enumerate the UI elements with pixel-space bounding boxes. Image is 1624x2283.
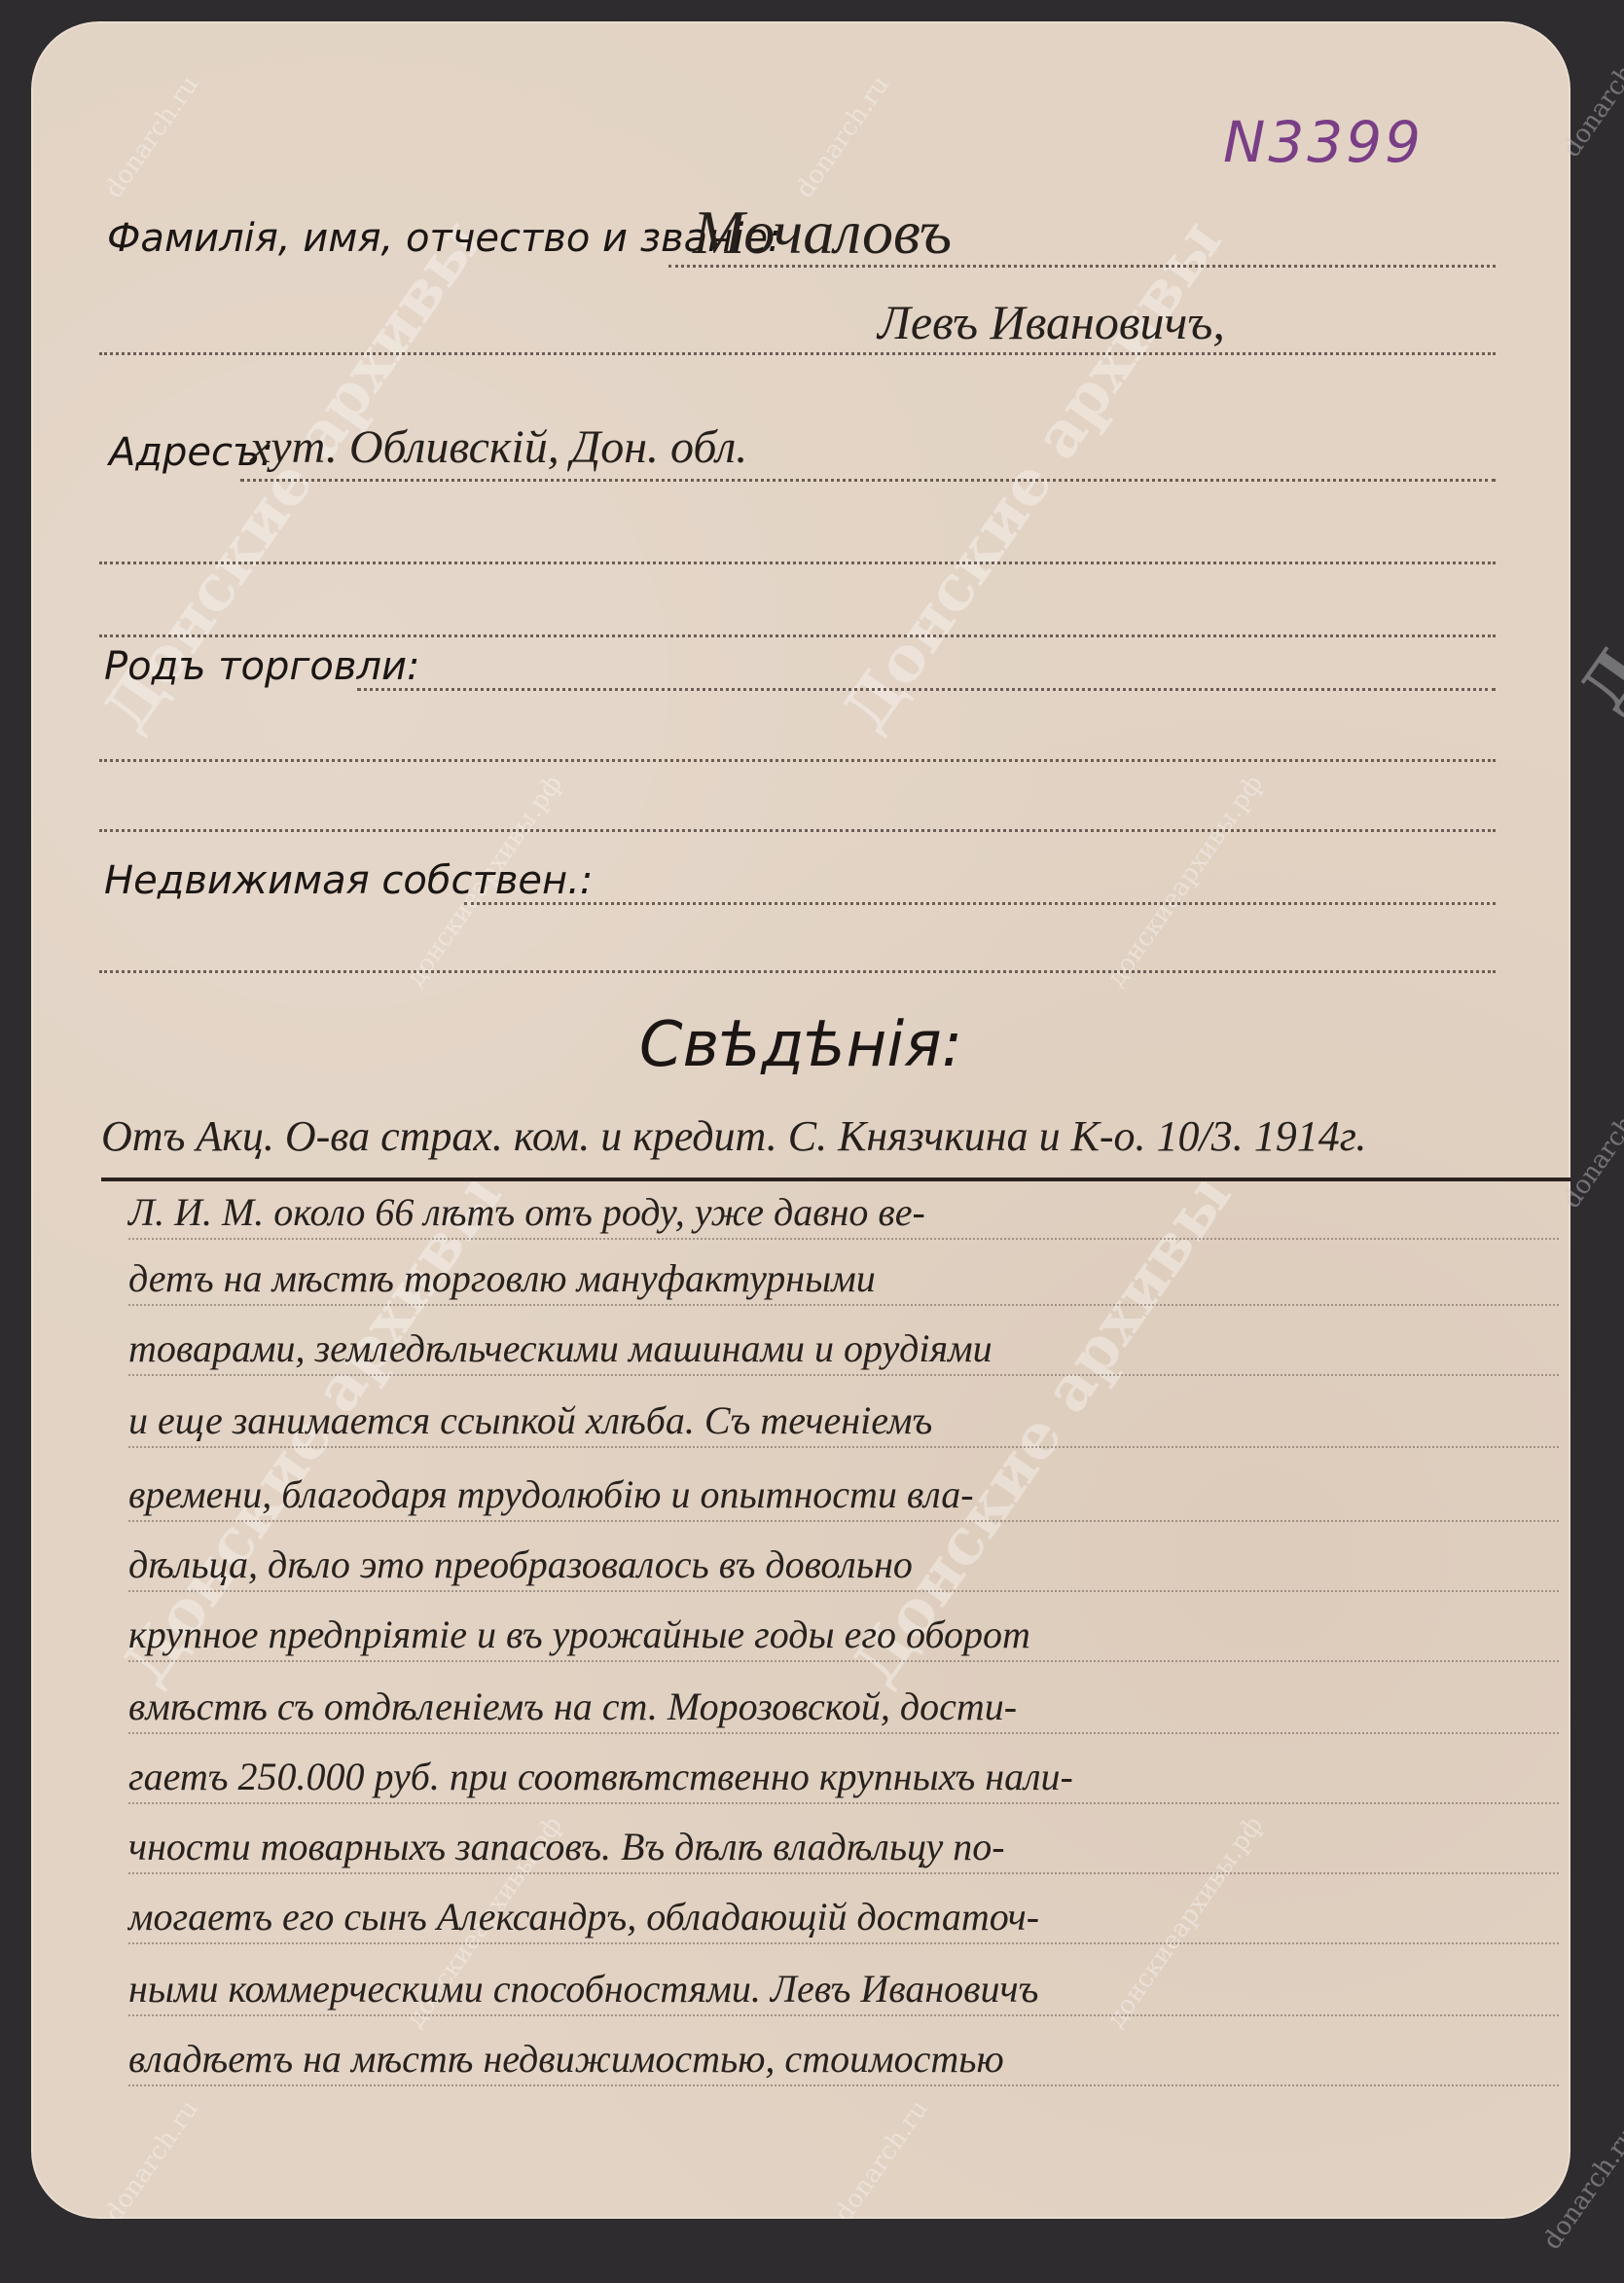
address-field-line-3 — [99, 634, 1496, 637]
info-heading-rule — [101, 1178, 1570, 1181]
trade-field-line — [357, 688, 1496, 691]
watermark-donskiearhivy-rf: донскиеархивы.рф — [1101, 770, 1269, 992]
info-line: ными коммерческими способностями. Левъ И… — [128, 1964, 1559, 2016]
info-line: детъ на мѣстѣ торговлю мануфактурными — [128, 1253, 1559, 1306]
watermark-donarch: donarch.ru — [99, 71, 204, 204]
watermark-donarch: donarch.ru — [829, 2095, 934, 2219]
address-field-value: хут. Обливскій, Дон. обл. — [250, 420, 747, 474]
watermark-donskie-arhivy: Донские архивы — [829, 206, 1237, 744]
address-field-line — [240, 479, 1496, 482]
name-field-line-2 — [99, 352, 1496, 355]
info-line: товарами, земледѣльческими машинами и ор… — [128, 1323, 1559, 1376]
archive-card: donarch.ru donarch.ru Донские архивы Дон… — [31, 21, 1570, 2219]
info-line: вмѣстѣ съ отдѣленіемъ на ст. Морозовской… — [128, 1682, 1559, 1734]
address-field-label: Адресъ: — [109, 430, 273, 475]
info-line: владѣетъ на мѣстѣ недвижимостью, стоимос… — [128, 2034, 1559, 2086]
info-source-line: Отъ Акц. О-ва страх. ком. и кредит. С. К… — [101, 1111, 1366, 1161]
property-field-label: Недвижимая собствен.: — [104, 858, 593, 903]
trade-field-label: Родъ торговли: — [104, 644, 420, 689]
info-line: чности товарныхъ запасовъ. Въ дѣлѣ владѣ… — [128, 1822, 1559, 1874]
watermark-donarch: donarch.ru — [790, 71, 895, 204]
info-line: и еще занимается ссыпкой хлѣба. Съ течен… — [128, 1395, 1559, 1448]
info-line: гаетъ 250.000 руб. при соотвѣтственно кр… — [128, 1752, 1559, 1804]
trade-field-line-3 — [99, 829, 1496, 832]
property-field-line-2 — [99, 970, 1496, 973]
address-field-line-2 — [99, 562, 1496, 564]
info-line: могаетъ его сынъ Александръ, обладающій … — [128, 1892, 1559, 1944]
info-line: дѣльца, дѣло это преобразовалось въ дово… — [128, 1540, 1559, 1592]
info-line: Л. И. М. около 66 лѣтъ отъ роду, уже дав… — [128, 1187, 1559, 1240]
name-field-surname: Мочаловъ — [693, 197, 952, 269]
info-line: времени, благодаря трудолюбію и опытност… — [128, 1469, 1559, 1522]
info-line: крупное предпріятіе и въ урожайные годы … — [128, 1610, 1559, 1662]
name-field-given-names: Левъ Ивановичъ, — [878, 294, 1225, 350]
card-number-stamp: N3399 — [1223, 109, 1424, 175]
watermark-donskie-arhivy: Донские архивы — [1567, 185, 1624, 723]
property-field-line — [464, 902, 1496, 905]
name-field-label: Фамилія, имя, отчество и званіе: — [107, 216, 780, 261]
trade-field-line-2 — [99, 759, 1496, 762]
watermark-donarch: donarch.ru — [99, 2095, 204, 2219]
info-heading: Свѣдѣнія: — [31, 1009, 1570, 1081]
